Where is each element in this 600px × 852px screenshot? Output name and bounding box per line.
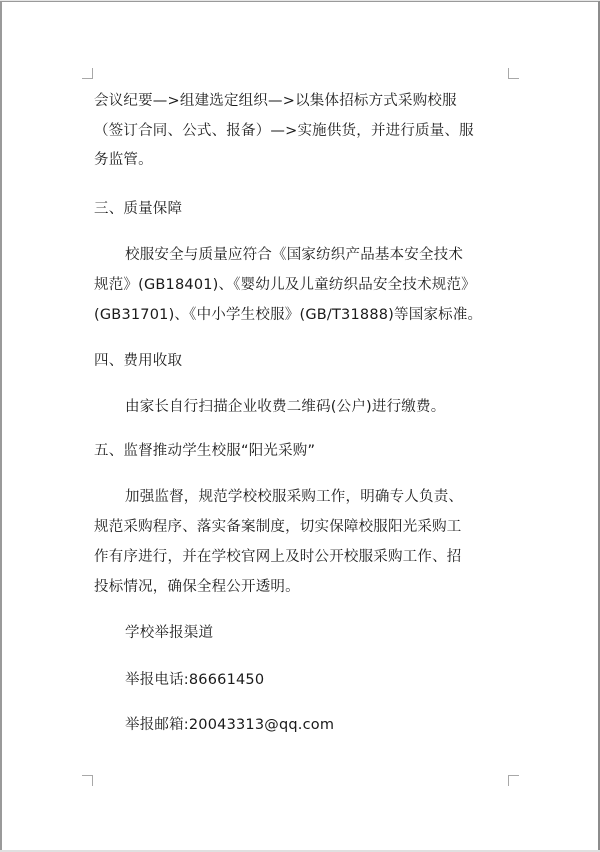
body-text-line: 由家长自行扫描企业收费二维码(公户)进行缴费。 xyxy=(125,397,445,417)
margin-corner-mark-top-left xyxy=(82,68,93,79)
body-text-line: 校服安全与质量应符合《国家纺织产品基本安全技术 xyxy=(125,245,463,265)
section-heading-supervision: 五、监督推动学生校服“阳光采购” xyxy=(94,441,315,461)
report-email: 举报邮箱:20043313@qq.com xyxy=(125,715,334,735)
body-text-line: 会议纪要—>组建选定组织—>以集体招标方式采购校服 xyxy=(94,91,457,111)
body-text-line: 投标情况，确保全程公开透明。 xyxy=(94,577,300,597)
section-heading-quality: 三、质量保障 xyxy=(94,199,182,219)
page-edge-top xyxy=(0,0,600,1)
body-text-line: （签订合同、公式、报备）—>实施供货，并进行质量、服 xyxy=(94,121,474,141)
body-text-line: (GB31701)、《中小学生校服》(GB/T31888)等国家标准。 xyxy=(94,305,482,325)
body-text-line: 务监管。 xyxy=(94,150,153,170)
section-heading-fees: 四、费用收取 xyxy=(94,351,182,371)
margin-corner-mark-top-right xyxy=(508,68,519,79)
margin-corner-mark-bottom-right xyxy=(508,775,519,786)
report-channels-label: 学校举报渠道 xyxy=(125,623,213,643)
report-phone: 举报电话:86661450 xyxy=(125,670,264,690)
margin-corner-mark-bottom-left xyxy=(82,775,93,786)
body-text-line: 加强监督，规范学校校服采购工作，明确专人负责、 xyxy=(125,487,463,507)
body-text-line: 规范》(GB18401)、《婴幼儿及儿童纺织品安全技术规范》 xyxy=(94,275,476,295)
body-text-line: 规范采购程序、落实备案制度，切实保障校服阳光采购工 xyxy=(94,517,462,537)
body-text-line: 作有序进行，并在学校官网上及时公开校服采购工作、招 xyxy=(94,547,462,567)
